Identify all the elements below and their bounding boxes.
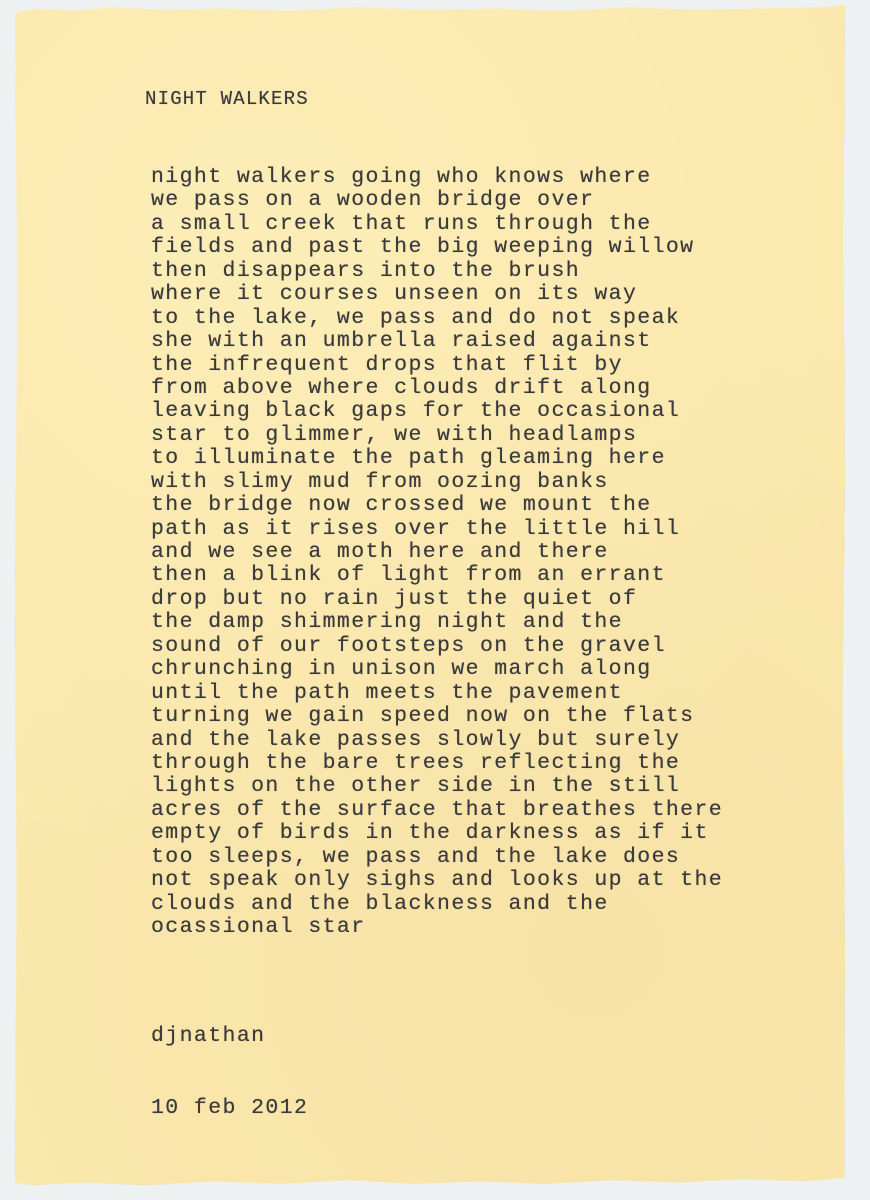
poem-line: lights on the other side in the still (151, 775, 723, 798)
poem-line: path as it rises over the little hill (151, 518, 723, 541)
poem-line: night walkers going who knows where (151, 166, 723, 189)
poem-line: ocassional star (151, 916, 723, 939)
poem-line: clouds and the blackness and the (151, 893, 723, 916)
poem-line: the bridge now crossed we mount the (151, 494, 723, 517)
poem-line: too sleeps, we pass and the lake does (151, 846, 723, 869)
poem-line: and we see a moth here and there (151, 541, 723, 564)
poem-line: drop but no rain just the quiet of (151, 588, 723, 611)
poem-line: the infrequent drops that flit by (151, 354, 723, 377)
poem-line: acres of the surface that breathes there (151, 799, 723, 822)
poem-line: not speak only sighs and looks up at the (151, 869, 723, 892)
poem-date: 10 feb 2012 (151, 1096, 308, 1120)
poem-title: NIGHT WALKERS (145, 87, 309, 111)
poem-line: until the path meets the pavement (151, 682, 723, 705)
poem-line: from above where clouds drift along (151, 377, 723, 400)
signature-block: djnathan 10 feb 2012 (151, 976, 308, 1168)
poem-line: empty of birds in the darkness as if it (151, 822, 723, 845)
poem-line: to illuminate the path gleaming here (151, 447, 723, 470)
poem-line: we pass on a wooden bridge over (151, 189, 723, 212)
poem-line: to the lake, we pass and do not speak (151, 307, 723, 330)
poem-line: a small creek that runs through the (151, 213, 723, 236)
author-name: djnathan (151, 1024, 308, 1048)
poem-line: turning we gain speed now on the flats (151, 705, 723, 728)
poem-line: then a blink of light from an errant (151, 564, 723, 587)
poem-line: sound of our footsteps on the gravel (151, 635, 723, 658)
poem-line: and the lake passes slowly but surely (151, 729, 723, 752)
paper-sheet: NIGHT WALKERS night walkers going who kn… (15, 5, 845, 1185)
poem-line: through the bare trees reflecting the (151, 752, 723, 775)
poem-line: then disappears into the brush (151, 260, 723, 283)
poem-line: where it courses unseen on its way (151, 283, 723, 306)
poem-line: fields and past the big weeping willow (151, 236, 723, 259)
poem-line: she with an umbrella raised against (151, 330, 723, 353)
poem-line: star to glimmer, we with headlamps (151, 424, 723, 447)
poem-line: the damp shimmering night and the (151, 611, 723, 634)
poem-body: night walkers going who knows wherewe pa… (151, 166, 723, 939)
poem-line: chrunching in unison we march along (151, 658, 723, 681)
poem-line: leaving black gaps for the occasional (151, 400, 723, 423)
poem-line: with slimy mud from oozing banks (151, 471, 723, 494)
